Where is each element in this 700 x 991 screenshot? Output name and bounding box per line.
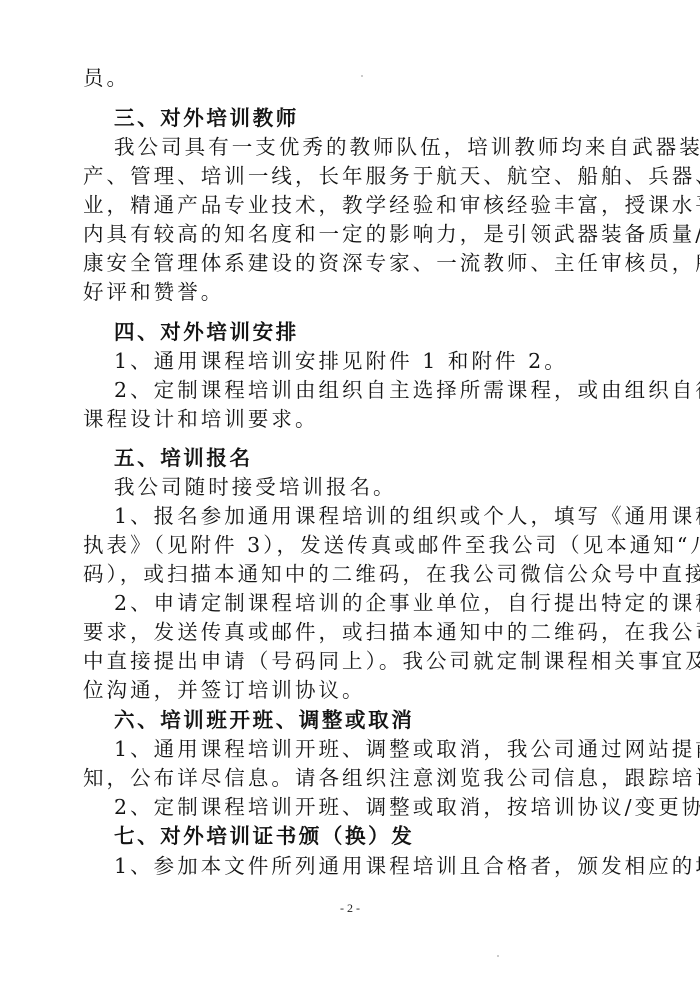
paragraph-line: 码），或扫描本通知中的二维码，在我公司微信公众号中直接报名。 — [83, 560, 623, 589]
paragraph-line: 1、参加本文件所列通用课程培训且合格者，颁发相应的培训证书。 — [114, 852, 654, 881]
paragraph-line: 位沟通，并签订培训协议。 — [83, 676, 623, 705]
paragraph-line: 内具有较高的知名度和一定的影响力，是引领武器装备质量/环境/职业健 — [83, 220, 623, 249]
section-heading: 七、对外培训证书颁（换）发 — [114, 822, 654, 851]
paragraph-line: 1、通用课程培训开班、调整或取消，我公司通过网站提前发布正式通 — [114, 735, 654, 764]
paragraph-line: 知，公布详尽信息。请各组织注意浏览我公司信息，跟踪培训最新动态。 — [83, 764, 623, 793]
paragraph-line: 我公司具有一支优秀的教师队伍，培训教师均来自武器装备科研、生 — [114, 133, 654, 162]
paragraph-line: 课程设计和培训要求。 — [83, 405, 623, 434]
paragraph-line: 2、申请定制课程培训的企事业单位，自行提出特定的课程设计和培训 — [114, 589, 654, 618]
paragraph-line: 产、管理、培训一线，长年服务于航天、航空、船舶、兵器、核等军工行 — [83, 162, 623, 191]
paragraph-line: 业，精通产品专业技术，教学经验和审核经验丰富，授课水平上乘，在业 — [83, 191, 623, 220]
scan-speck — [361, 75, 363, 77]
paragraph-line: 2、定制课程培训由组织自主选择所需课程，或由组织自行提出特定的 — [114, 376, 654, 405]
section-heading: 三、对外培训教师 — [114, 104, 654, 133]
scan-speck — [497, 955, 499, 957]
page-number: - 2 - — [0, 901, 700, 916]
paragraph-line: 康安全管理体系建设的资深专家、一流教师、主任审核员，所授课程倍受 — [83, 249, 623, 278]
paragraph-line: 2、定制课程培训开班、调整或取消，按培训协议/变更协议执行。 — [114, 793, 654, 822]
paragraph-line: 中直接提出申请（号码同上）。我公司就定制课程相关事宜及时与申请单 — [83, 647, 623, 676]
section-heading: 四、对外培训安排 — [114, 318, 654, 347]
section-heading: 六、培训班开班、调整或取消 — [114, 706, 654, 735]
paragraph-line: 执表》（见附件 3），发送传真或邮件至我公司（见本通知“八”中的号 — [83, 531, 623, 560]
paragraph-line: 1、通用课程培训安排见附件 1 和附件 2。 — [114, 347, 654, 376]
paragraph-line: 要求，发送传真或邮件，或扫描本通知中的二维码，在我公司微信公众号 — [83, 618, 623, 647]
paragraph-line: 我公司随时接受培训报名。 — [114, 473, 654, 502]
paragraph-line: 1、报名参加通用课程培训的组织或个人，填写《通用课程培训需求回 — [114, 502, 654, 531]
section-heading: 五、培训报名 — [114, 444, 654, 473]
document-page: 员。三、对外培训教师我公司具有一支优秀的教师队伍，培训教师均来自武器装备科研、生… — [0, 0, 700, 991]
paragraph-line: 员。 — [83, 64, 623, 93]
paragraph-line: 好评和赞誉。 — [83, 278, 623, 307]
